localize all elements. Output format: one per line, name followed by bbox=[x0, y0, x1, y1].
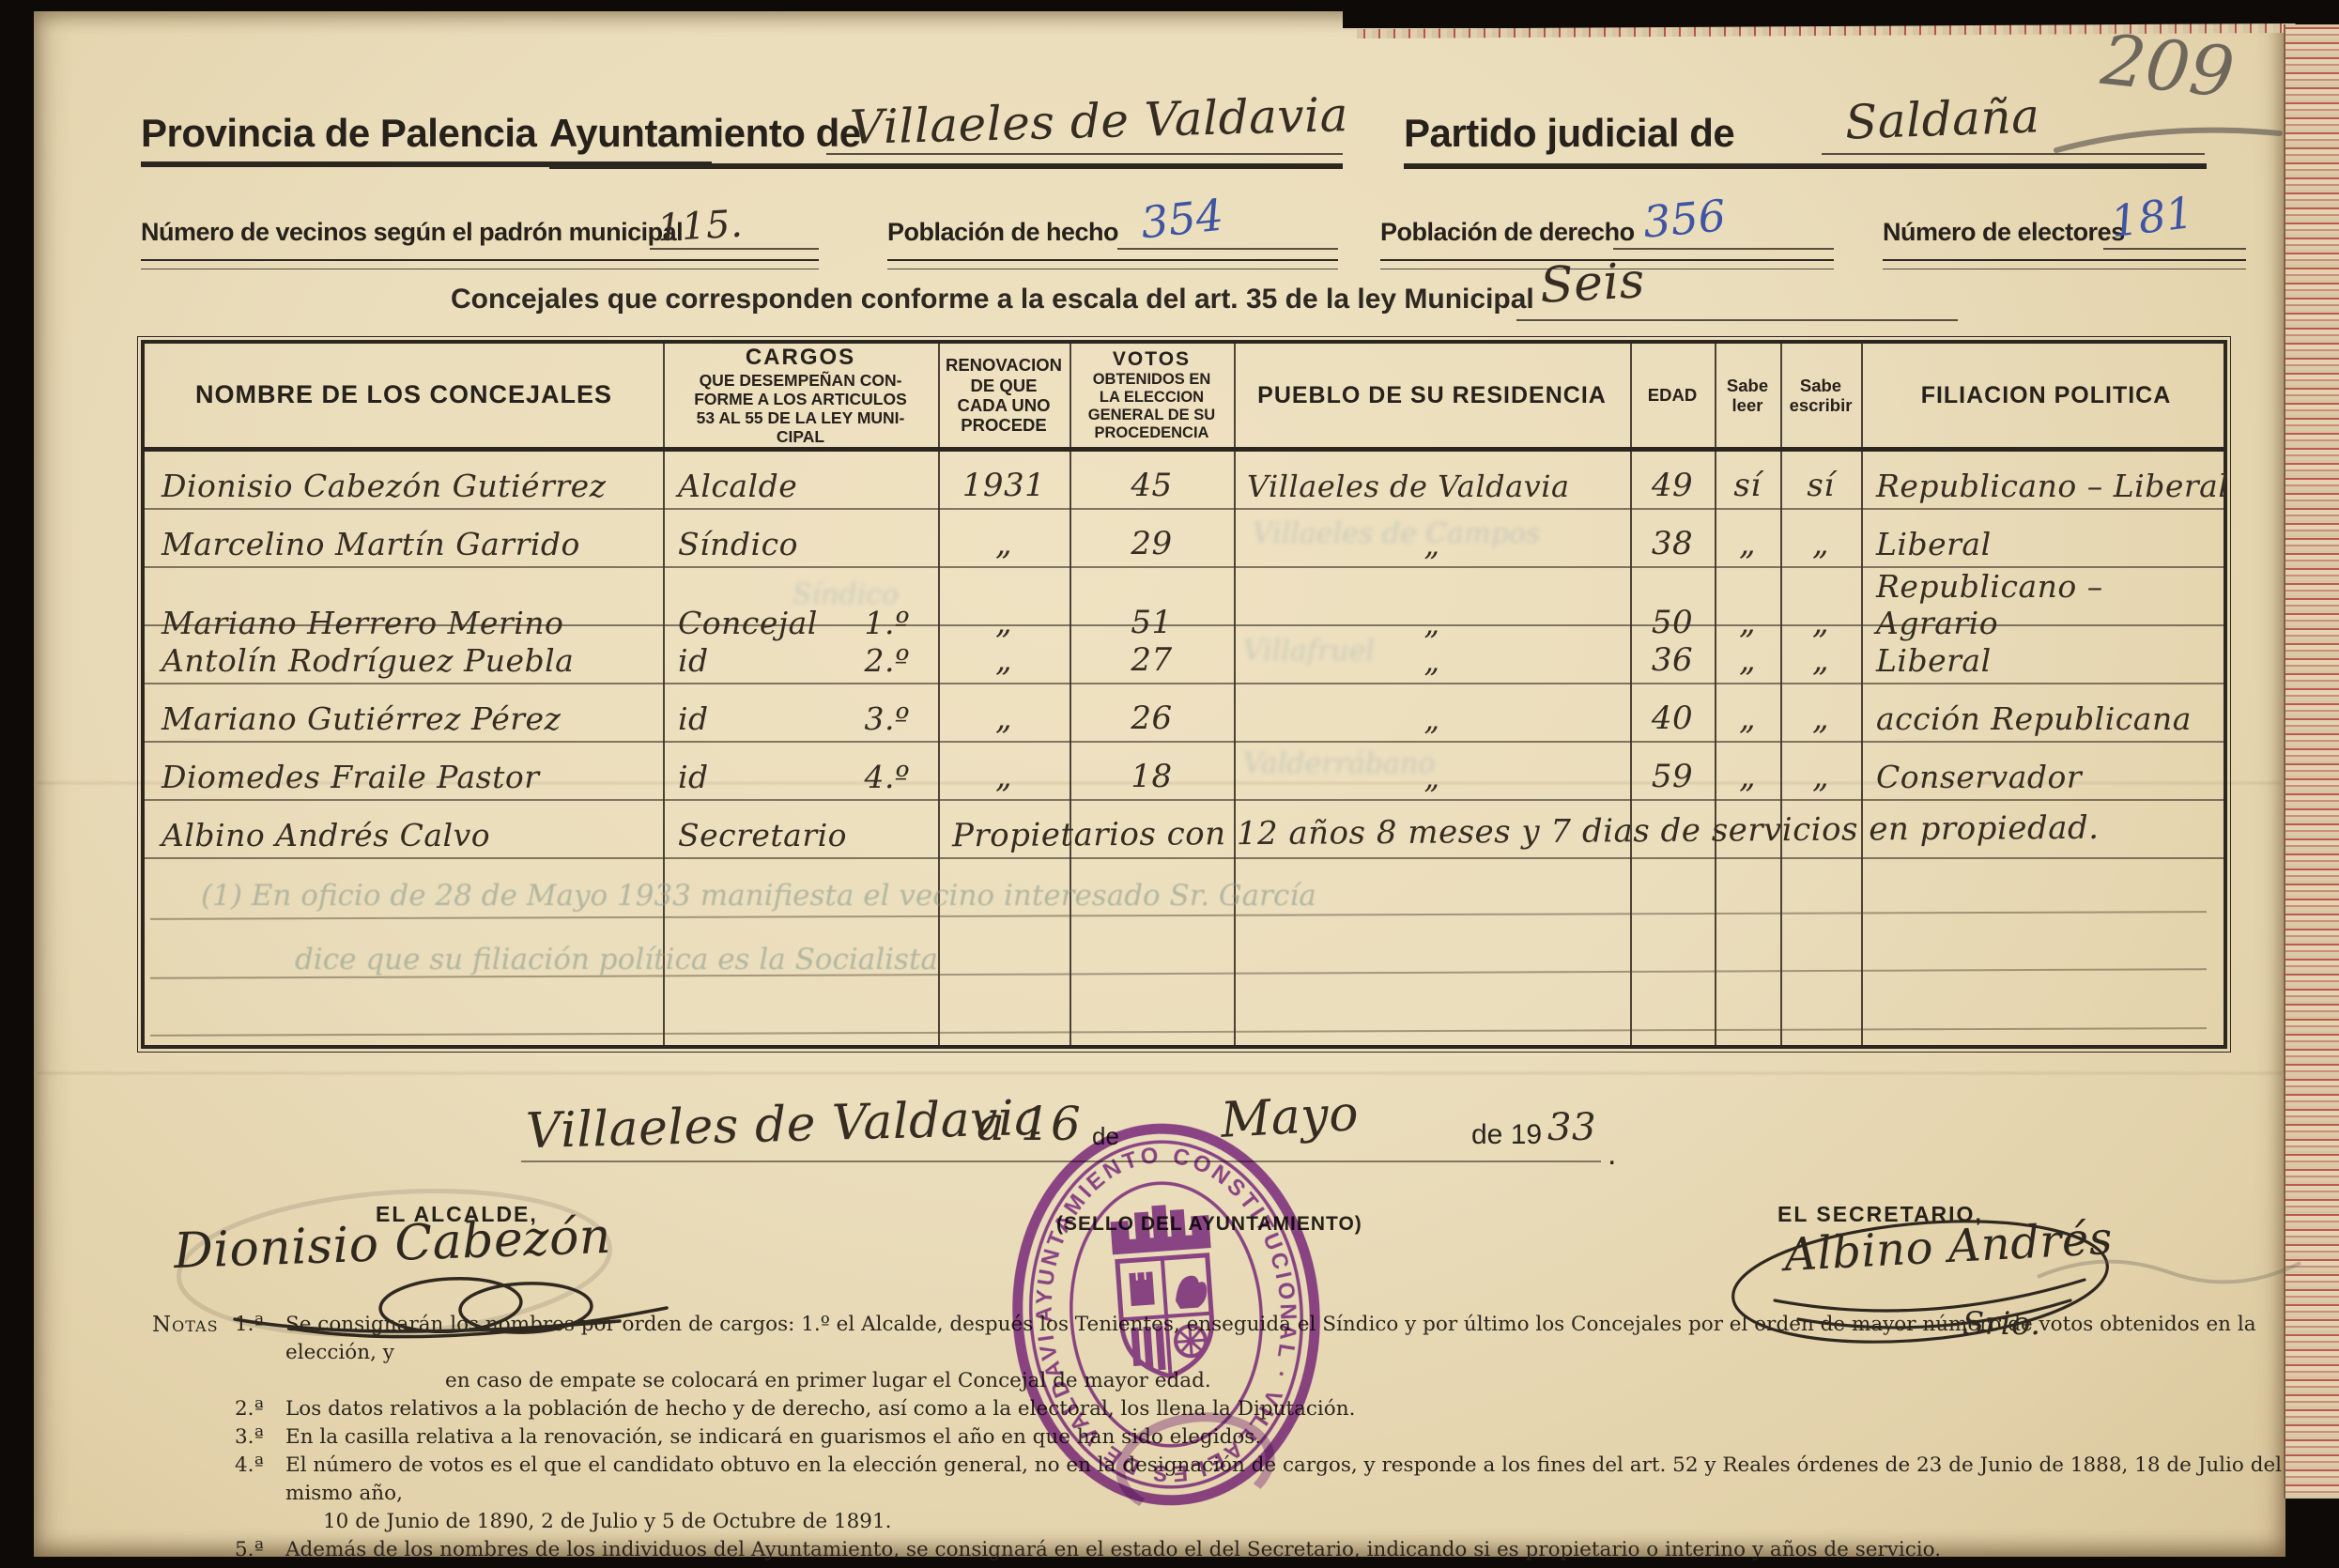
table-row: Antolín Rodríguez Puebla id2.º „ 27 „ 36… bbox=[145, 626, 2224, 684]
ink-bleed-ghost: Villafruel bbox=[1243, 635, 1375, 668]
pencil-flourish bbox=[2047, 113, 2291, 169]
scale-value: Seis bbox=[1539, 253, 1647, 315]
pencil-annotation-line2: dice que su filiación política es la Soc… bbox=[295, 943, 938, 976]
pencil-annotation-line1: (1) En oficio de 28 de Mayo 1933 manifie… bbox=[201, 879, 1316, 913]
ink-bleed-ghost: Síndico bbox=[792, 578, 899, 611]
header-votos: VOTOS OBTENIDOS EN LA ELECCION GENERAL D… bbox=[1069, 344, 1234, 447]
header-pueblo: PUEBLO DE SU RESIDENCIA bbox=[1234, 344, 1630, 447]
partido-label: Partido judicial de bbox=[1404, 111, 1734, 156]
derecho-value: 356 bbox=[1641, 190, 1728, 247]
date-de19-printed: de 19 bbox=[1471, 1119, 1542, 1151]
table-row: Mariano Herrero Merino Concejal1.º „ 51 … bbox=[145, 568, 2224, 626]
vecinos-fill-line bbox=[650, 248, 819, 250]
electores-value: 181 bbox=[2108, 187, 2196, 247]
header-renovacion: RENOVACION DE QUE CADA UNO PROCEDE bbox=[938, 344, 1069, 447]
provincia-title: Provincia de Palencia bbox=[141, 111, 536, 156]
scale-label: Concejales que corresponden conforme a l… bbox=[451, 284, 1534, 315]
paper-crease bbox=[38, 1072, 2282, 1074]
scale-fill-line bbox=[1516, 319, 1958, 321]
header-edad: EDAD bbox=[1630, 344, 1715, 447]
ayuntamiento-underline bbox=[549, 163, 1343, 169]
concejales-table: NOMBRE DE LOS CONCEJALES CARGOS QUE DESE… bbox=[141, 340, 2227, 1049]
scanned-municipal-form: 209 Provincia de Palencia Ayuntamiento d… bbox=[0, 0, 2339, 1568]
derecho-fill-line bbox=[1613, 248, 1834, 250]
secretary-detail: Propietarios con 12 años 8 meses y 7 dia… bbox=[952, 809, 2100, 855]
hecho-label: Población de hecho bbox=[887, 218, 1118, 247]
header-sabe-leer: Sabe leer bbox=[1715, 344, 1780, 447]
table-row: Diomedes Fraile Pastor id4.º „ 18 „ 59 „… bbox=[145, 743, 2224, 801]
table-header-row: NOMBRE DE LOS CONCEJALES CARGOS QUE DESE… bbox=[145, 344, 2224, 447]
ayuntamiento-fill-line bbox=[826, 153, 1343, 155]
header-nombre: NOMBRE DE LOS CONCEJALES bbox=[145, 344, 663, 447]
partido-underline bbox=[1404, 163, 2207, 169]
partido-fill-line bbox=[1822, 153, 2205, 155]
date-period: . bbox=[1608, 1136, 1616, 1173]
derecho-label: Población de derecho bbox=[1380, 218, 1635, 247]
header-cargos: CARGOS QUE DESEMPEÑAN CON- FORME A LOS A… bbox=[663, 344, 938, 447]
hecho-fill-line bbox=[1117, 248, 1338, 250]
alcalde-signature-flourish bbox=[178, 1263, 704, 1366]
hecho-value: 354 bbox=[1138, 190, 1225, 249]
hecho-double-rule bbox=[887, 259, 1338, 269]
table-row: Mariano Gutiérrez Pérez id3.º „ 26 „ 40 … bbox=[145, 684, 2224, 743]
pencil-scribble bbox=[2028, 1221, 2310, 1324]
ayuntamiento-stamp: AYUNTAMIENTO CONSTITUCIONAL · VILLAELES … bbox=[980, 1106, 1352, 1524]
vecinos-double-rule bbox=[141, 259, 819, 269]
header-sabe-escribir: Sabe escribir bbox=[1780, 344, 1861, 447]
ayuntamiento-label: Ayuntamiento de bbox=[549, 111, 861, 156]
stamp-coat-of-arms bbox=[1110, 1203, 1219, 1380]
ink-bleed-ghost: Villaeles de Campos bbox=[1253, 517, 1540, 550]
vecinos-value: 115. bbox=[656, 203, 744, 251]
note-item: 5.ª Además de los nombres de los individ… bbox=[152, 1536, 2293, 1564]
partido-value: Saldaña bbox=[1844, 88, 2040, 149]
page-number: 209 bbox=[2098, 20, 2238, 114]
table-row: Marcelino Martín Garrido Síndico „ 29 „ … bbox=[145, 510, 2224, 568]
electores-fill-line bbox=[2103, 248, 2246, 250]
header-filiacion: FILIACION POLITICA bbox=[1861, 344, 2231, 447]
vecinos-label: Número de vecinos según el padrón munici… bbox=[141, 218, 683, 247]
date-year: 33 bbox=[1547, 1106, 1596, 1149]
ink-bleed-ghost: Valderrábano bbox=[1243, 747, 1435, 780]
table-row: Dionisio Cabezón Gutiérrez Alcalde 1931 … bbox=[145, 452, 2224, 510]
electores-label: Número de electores bbox=[1883, 218, 2125, 247]
electores-double-rule bbox=[1883, 259, 2246, 269]
